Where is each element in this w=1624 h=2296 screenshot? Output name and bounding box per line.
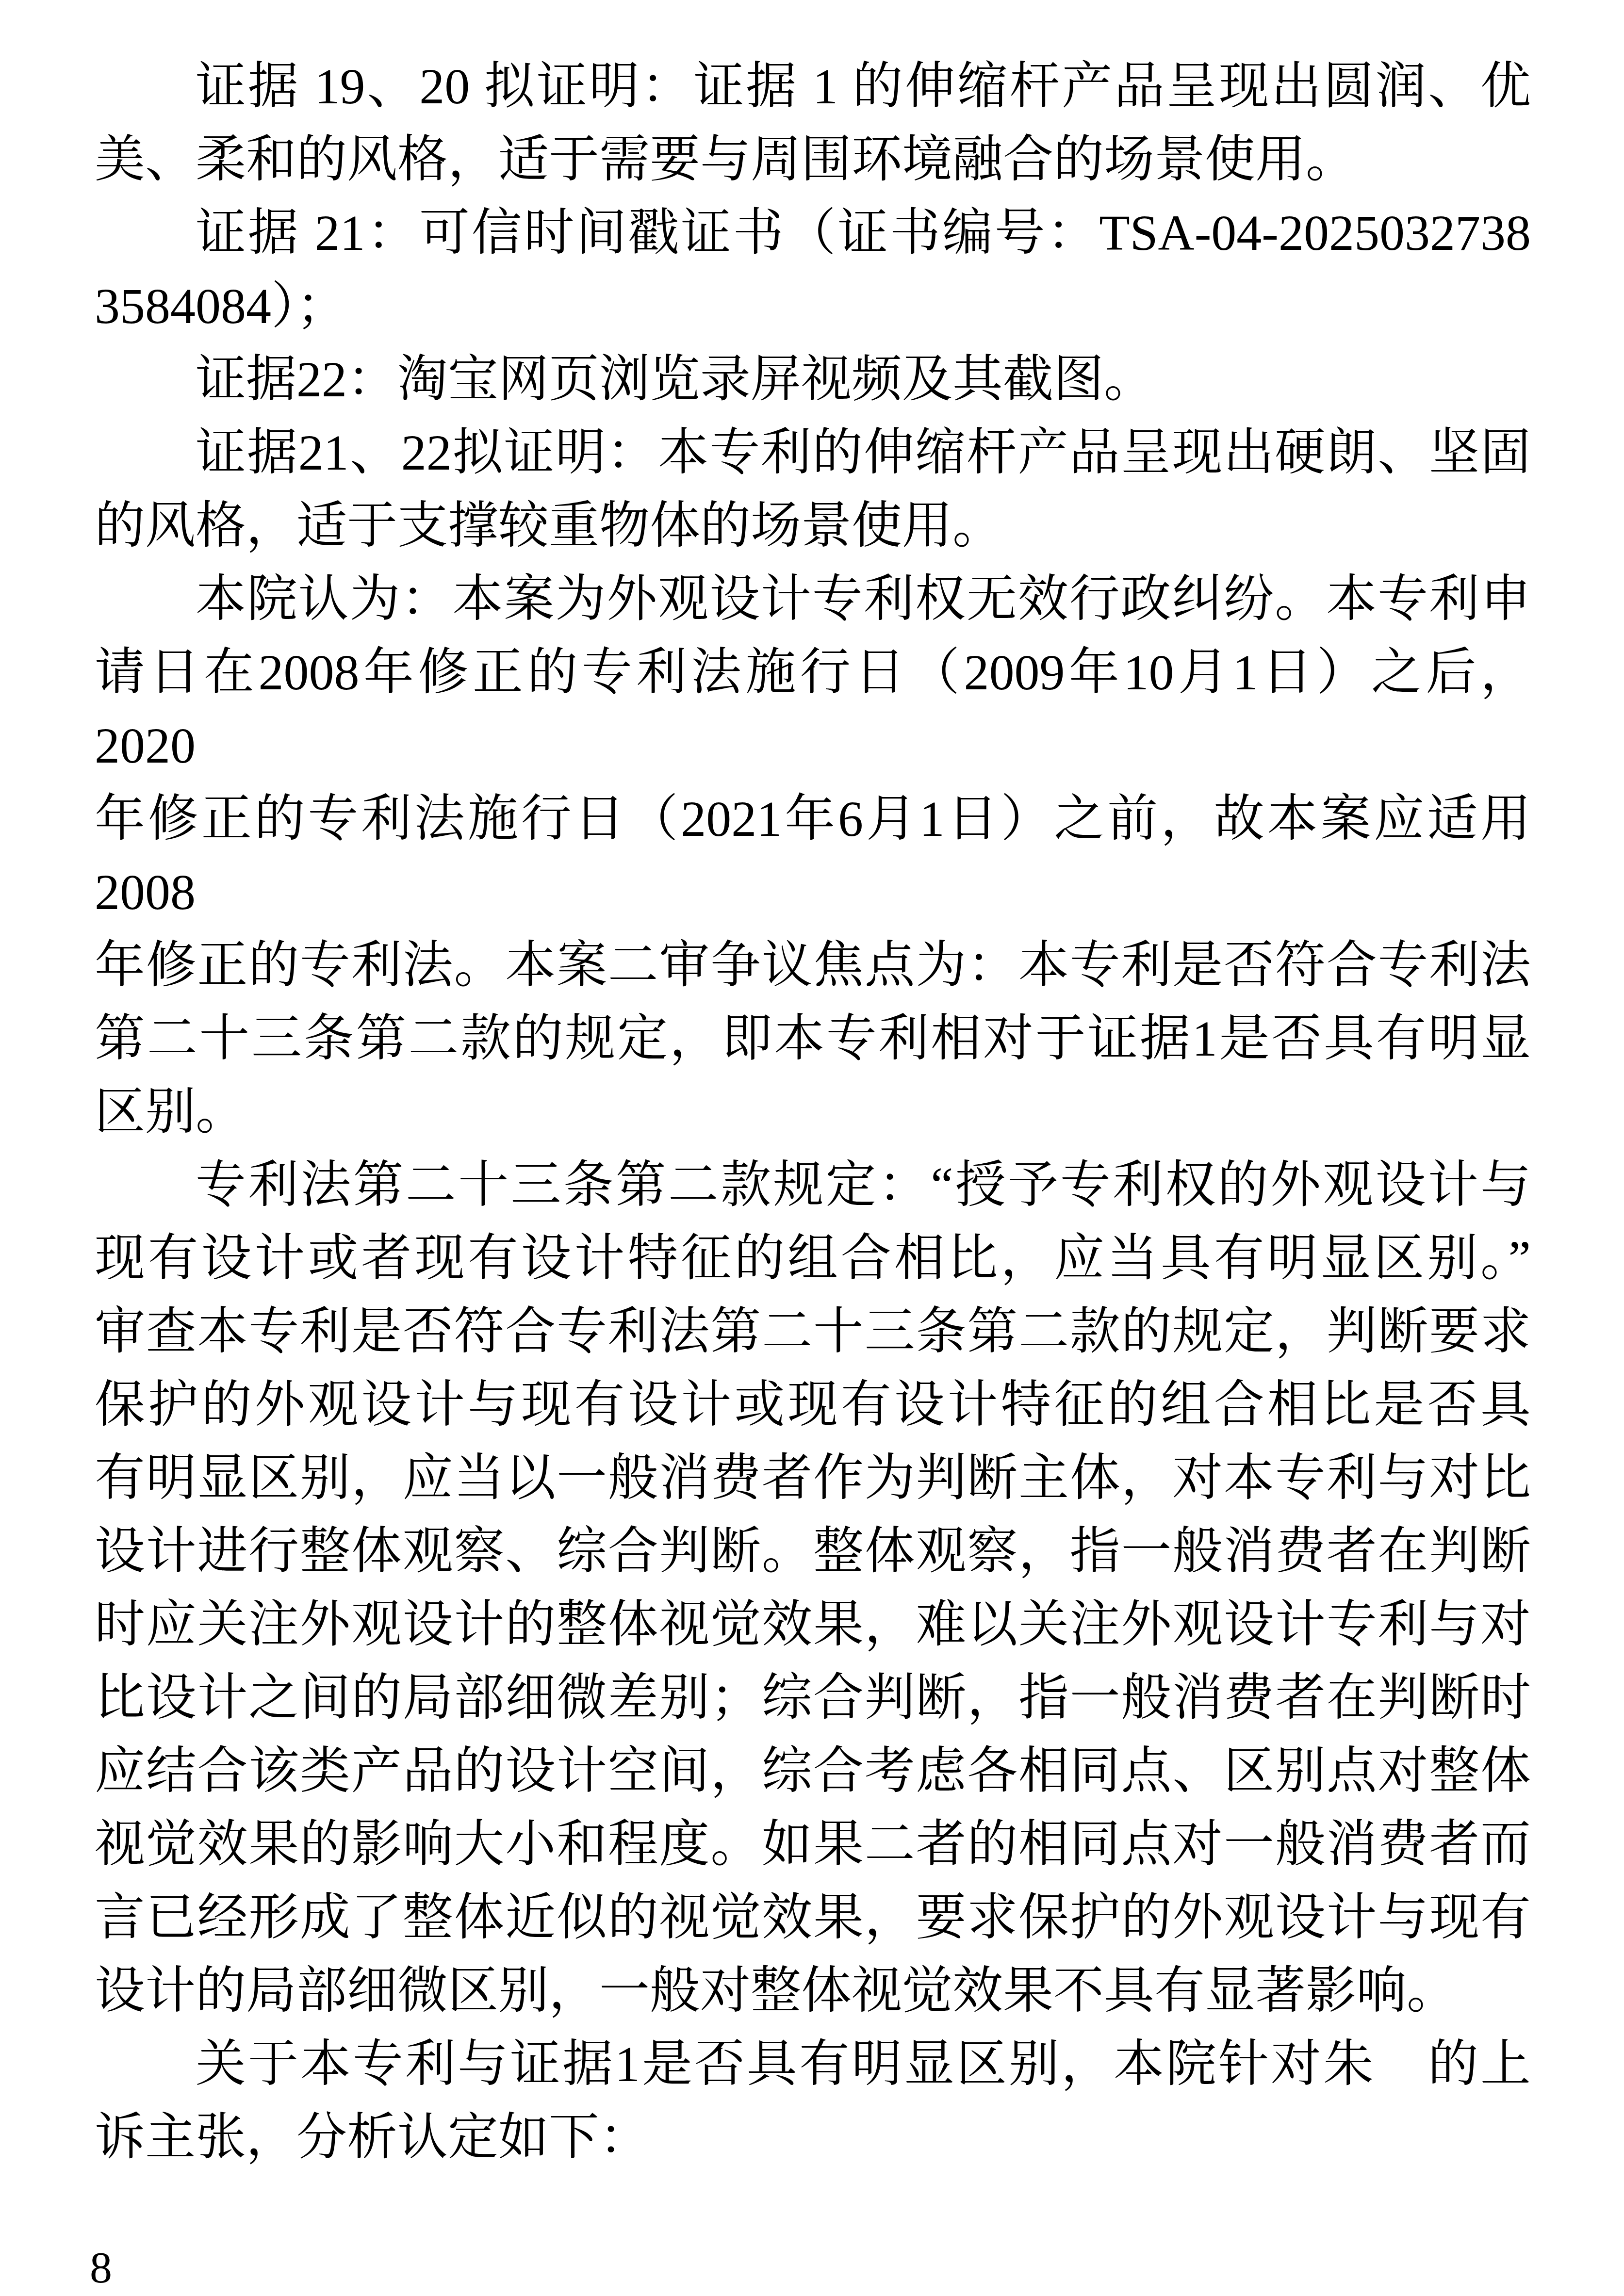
document-body: 证据 19、20 拟证明：证据 1 的伸缩杆产品呈现出圆润、优美、柔和的风格，适… [95,50,1531,2174]
text-line: 设计的局部细微区别，一般对整体视觉效果不具有显著影响。 [95,1954,1531,2028]
text-line: 区别。 [95,1075,1531,1149]
text-line: 视觉效果的影响大小和程度。如果二者的相同点对一般消费者而 [95,1808,1531,1881]
text-line: 有明显区别，应当以一般消费者作为判断主体，对本专利与对比 [95,1442,1531,1515]
text-line: 美、柔和的风格，适于需要与周围环境融合的场景使用。 [95,123,1531,196]
text-line: 证据 19、20 拟证明：证据 1 的伸缩杆产品呈现出圆润、优 [95,50,1531,123]
text-line: 应结合该类产品的设计空间，综合考虑各相同点、区别点对整体 [95,1735,1531,1808]
document-page: 证据 19、20 拟证明：证据 1 的伸缩杆产品呈现出圆润、优美、柔和的风格，适… [0,0,1624,2296]
text-line: 证据21、22拟证明：本专利的伸缩杆产品呈现出硬朗、坚固 [95,416,1531,489]
text-line: 第二十三条第二款的规定，即本专利相对于证据1是否具有明显 [95,1002,1531,1075]
text-line: 证据22：淘宝网页浏览录屏视频及其截图。 [95,343,1531,416]
text-line: 设计进行整体观察、综合判断。整体观察，指一般消费者在判断 [95,1515,1531,1588]
text-line: 请日在2008年修正的专利法施行日（2009年10月1日）之后，2020 [95,636,1531,782]
text-line: 审查本专利是否符合专利法第二十三条第二款的规定，判断要求 [95,1295,1531,1368]
text-line: 时应关注外观设计的整体视觉效果，难以关注外观设计专利与对 [95,1588,1531,1661]
text-line: 3584084）； [95,270,1531,343]
text-line: 言已经形成了整体近似的视觉效果，要求保护的外观设计与现有 [95,1881,1531,1954]
text-line: 年修正的专利法。本案二审争议焦点为：本专利是否符合专利法 [95,929,1531,1002]
text-line: 本院认为：本案为外观设计专利权无效行政纠纷。本专利申 [95,563,1531,636]
text-line: 现有设计或者现有设计特征的组合相比，应当具有明显区别。” [95,1222,1531,1295]
page-number: 8 [90,2245,112,2290]
text-line: 保护的外观设计与现有设计或现有设计特征的组合相比是否具 [95,1368,1531,1442]
text-line: 证据 21：可信时间戳证书（证书编号：TSA-04-2025032738 [95,196,1531,270]
text-line: 诉主张，分析认定如下： [95,2101,1531,2174]
text-line: 的风格，适于支撑较重物体的场景使用。 [95,489,1531,563]
text-line: 年修正的专利法施行日（2021年6月1日）之前，故本案应适用2008 [95,782,1531,929]
text-line: 专利法第二十三条第二款规定：“授予专利权的外观设计与 [95,1149,1531,1222]
text-line: 比设计之间的局部细微差别；综合判断，指一般消费者在判断时 [95,1661,1531,1735]
text-line: 关于本专利与证据1是否具有明显区别，本院针对朱 的上 [95,2028,1531,2101]
